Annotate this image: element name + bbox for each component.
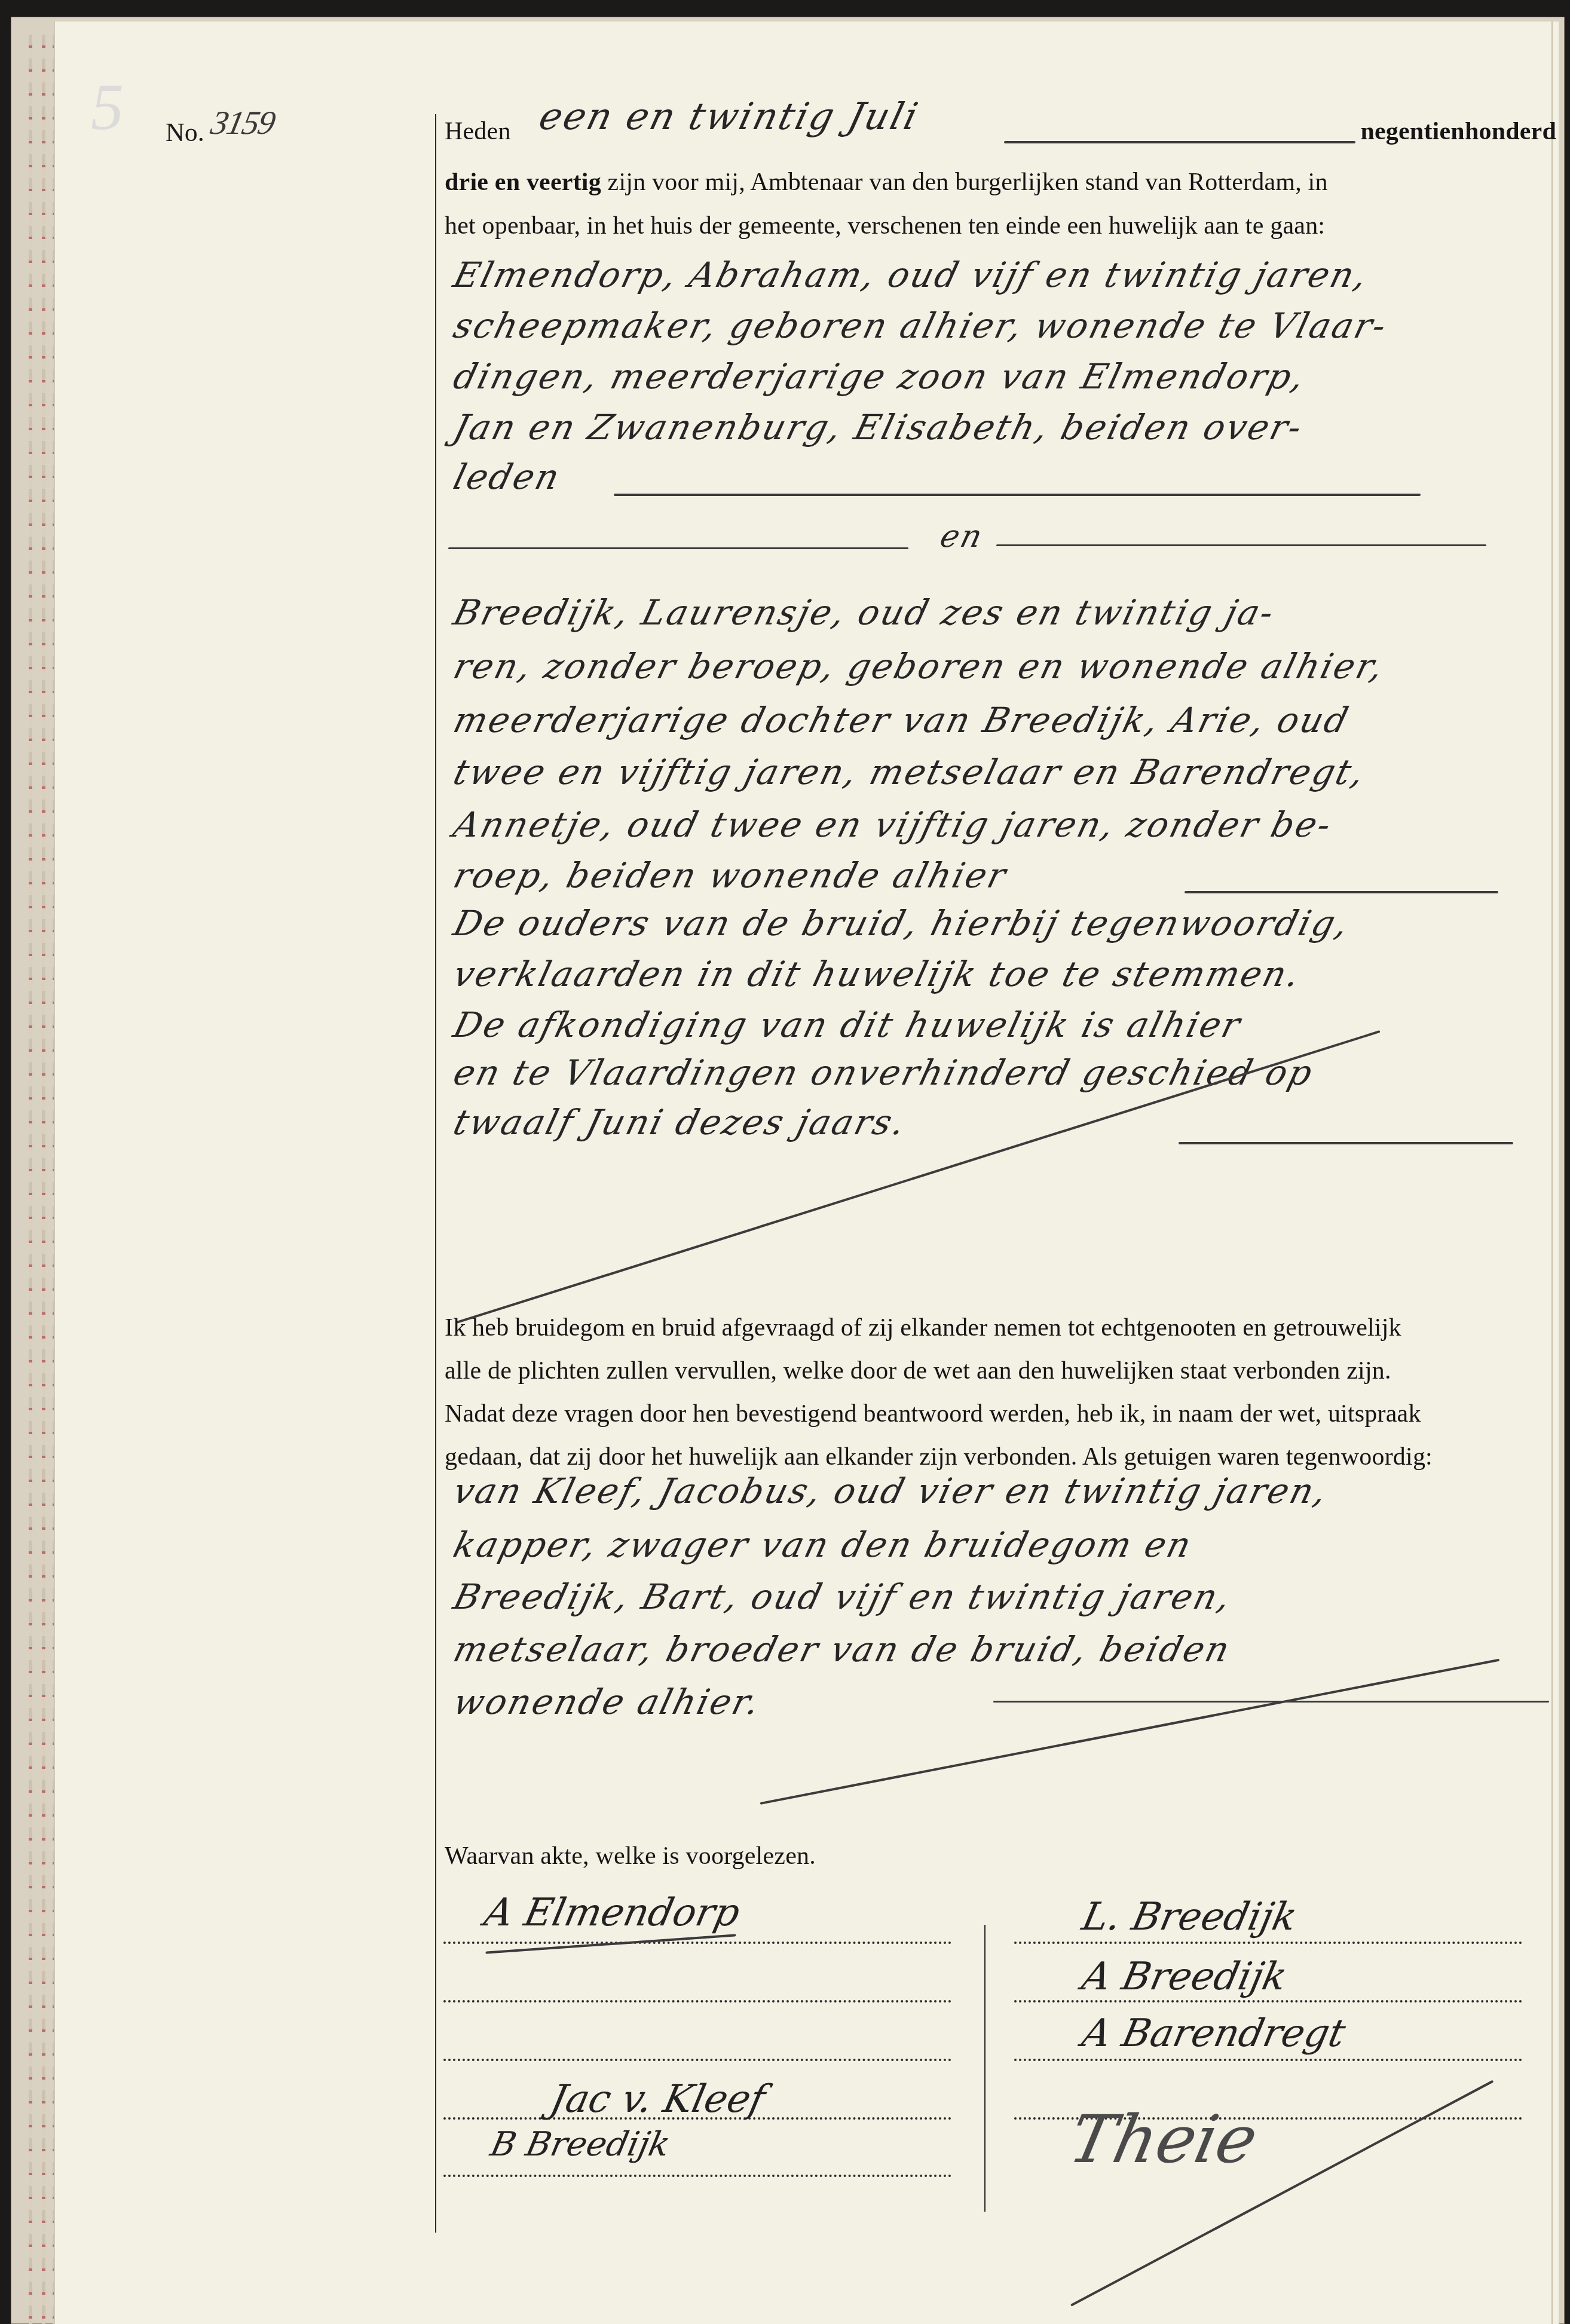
year-bold: drie en veertig	[445, 169, 601, 196]
bride-line: Breedijk, Laurensje, oud zes en twintig …	[449, 592, 1565, 633]
signature-line	[443, 1942, 951, 1944]
groom-line: Elmendorp, Abraham, oud vijf en twintig …	[449, 255, 1565, 295]
signature-bride: L. Breedijk	[1078, 1895, 1300, 1939]
declaration-line: alle de plichten zullen vervullen, welke…	[445, 1357, 1556, 1385]
bride-line: ren, zonder beroep, geboren en wonende a…	[449, 646, 1565, 687]
declaration-line: gedaan, dat zij door het huwelijk aan el…	[445, 1443, 1556, 1471]
header-line-3: het openbaar, in het huis der gemeente, …	[445, 212, 1556, 240]
note-line: De ouders van de bruid, hierbij tegenwoo…	[449, 903, 1565, 944]
signature-divider	[984, 1925, 986, 2212]
bride-line: meerderjarige dochter van Breedijk, Arie…	[449, 700, 1565, 740]
bride-line: Annetje, oud twee en vijftig jaren, zond…	[449, 804, 1565, 845]
header-line-1: Heden een en twintig Juli negentienhonde…	[445, 117, 1556, 146]
witness-line: kapper, zwager van den bruidegom en	[449, 1524, 1565, 1565]
groom-line: scheepmaker, geboren alhier, wonende te …	[449, 305, 1565, 346]
signature-line	[1014, 1942, 1522, 1944]
declaration-text: gedaan, dat zij door het huwelijk aan el…	[445, 1443, 1433, 1471]
signature-line	[1014, 2000, 1522, 2003]
closing-line: Waarvan akte, welke is voorgelezen.	[445, 1842, 1556, 1870]
signature-parent-2: A Barendregt	[1078, 2011, 1349, 2056]
declaration-line: Ik heb bruidegom en bruid afgevraagd of …	[445, 1313, 1556, 1342]
date-handwritten: een en twintig Juli	[535, 94, 924, 138]
witness-line: van Kleef, Jacobus, oud vier en twintig …	[449, 1471, 1565, 1511]
signature-line	[443, 2000, 951, 2003]
bleed-through-mark: 5	[91, 69, 124, 145]
header-line-2-text: zijn voor mij, Ambtenaar van den burgerl…	[608, 169, 1328, 196]
bride-line: twee en vijftig jaren, metselaar en Bare…	[449, 752, 1565, 792]
fill-line	[614, 494, 1421, 496]
witness-line: Breedijk, Bart, oud vijf en twintig jare…	[449, 1576, 1565, 1617]
signature-line	[443, 2175, 951, 2177]
signature-registrar: Theie	[1063, 2101, 1264, 2178]
header-line-3-text: het openbaar, in het huis der gemeente, …	[445, 212, 1325, 240]
groom-line: leden	[449, 457, 1565, 497]
separator-line-right	[996, 544, 1486, 546]
heden-label: Heden	[445, 117, 511, 146]
note-line: twaalf Juni dezes jaars.	[449, 1102, 1565, 1143]
cancel-stroke	[760, 1659, 1500, 1805]
closing-text: Waarvan akte, welke is voorgelezen.	[445, 1842, 816, 1870]
date-fill: een en twintig Juli	[511, 117, 1361, 146]
signature-line	[443, 2059, 951, 2061]
fill-line	[1004, 141, 1356, 143]
bride-line: roep, beiden wonende alhier	[449, 855, 1565, 896]
declaration-text: Ik heb bruidegom en bruid afgevraagd of …	[445, 1313, 1401, 1342]
signature-line	[1014, 2059, 1522, 2061]
signature-parent-1: A Breedijk	[1078, 1955, 1291, 1999]
negentienhonderd-label: negentienhonderd	[1360, 117, 1556, 146]
declaration-text: Nadat deze vragen door hen bevestigend b…	[445, 1400, 1421, 1428]
page-edge	[42, 35, 45, 2324]
margin-rule	[435, 114, 436, 2233]
witness-line: metselaar, broeder van de bruid, beiden	[449, 1629, 1565, 1670]
en-label: en	[937, 519, 987, 555]
signature-witness-2: B Breedijk	[487, 2125, 674, 2164]
signature-groom: A Elmendorp	[481, 1891, 743, 1935]
signature-flourish	[485, 1934, 736, 1953]
signature-witness-1: Jac v. Kleef	[546, 2077, 769, 2121]
separator-line-left	[448, 547, 908, 549]
groom-line: dingen, meerderjarige zoon van Elmendorp…	[449, 356, 1565, 397]
record-number-label: No.	[166, 117, 204, 148]
fill-line	[993, 1701, 1549, 1703]
page-edge	[29, 35, 32, 2324]
note-line: en te Vlaardingen onverhinderd geschied …	[449, 1052, 1565, 1093]
groom-line: Jan en Zwanenburg, Elisabeth, beiden ove…	[449, 407, 1565, 448]
register-page: 5 No. 3159 Heden een en twintig Juli neg…	[55, 22, 1559, 2324]
record-number: 3159	[207, 104, 278, 142]
fill-line	[1179, 1142, 1513, 1144]
note-line: verklaarden in dit huwelijk toe te stemm…	[449, 954, 1565, 994]
declaration-line: Nadat deze vragen door hen bevestigend b…	[445, 1400, 1556, 1428]
header-line-2: drie en veertig zijn voor mij, Ambtenaar…	[445, 168, 1556, 197]
fill-line	[1185, 891, 1498, 893]
note-line: De afkondiging van dit huwelijk is alhie…	[449, 1005, 1565, 1045]
declaration-text: alle de plichten zullen vervullen, welke…	[445, 1357, 1391, 1385]
